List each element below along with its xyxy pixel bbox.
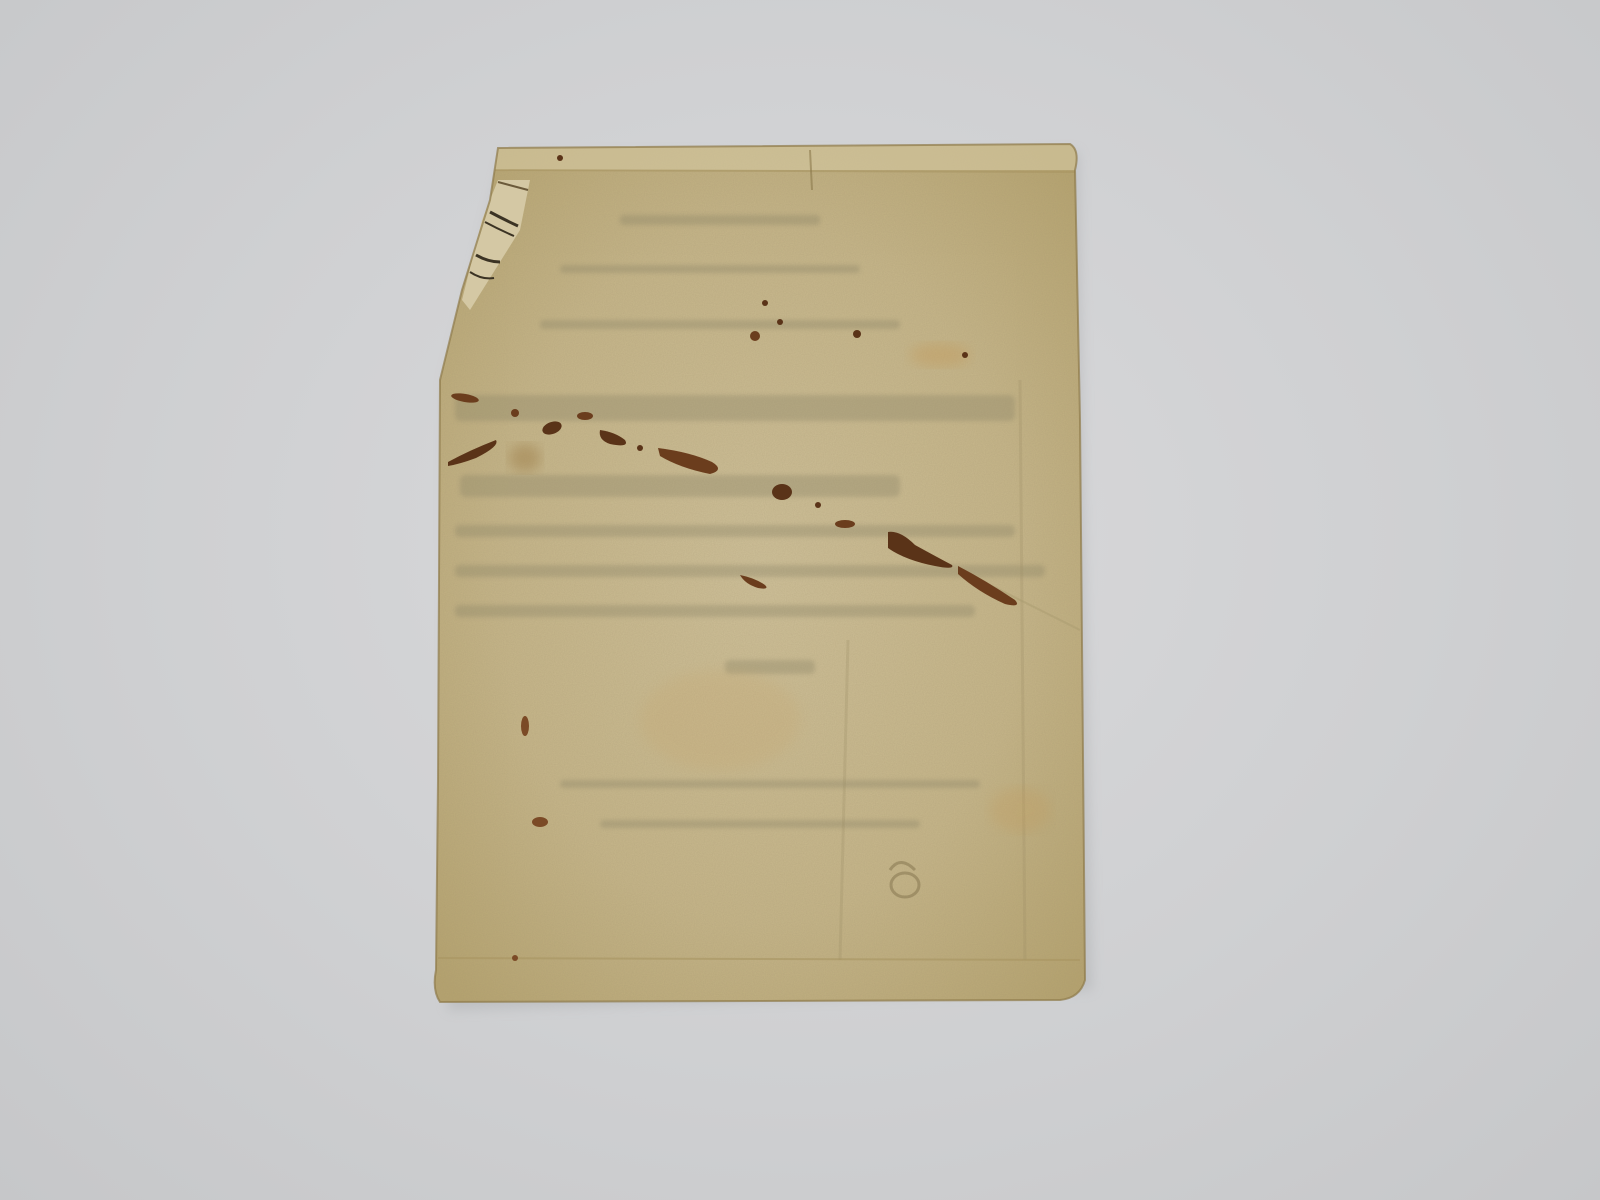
paper-note-image: [0, 0, 1600, 1200]
photo-scene: Photograph of the reverse side of an age…: [0, 0, 1600, 1200]
paper-body: [420, 130, 1100, 1020]
